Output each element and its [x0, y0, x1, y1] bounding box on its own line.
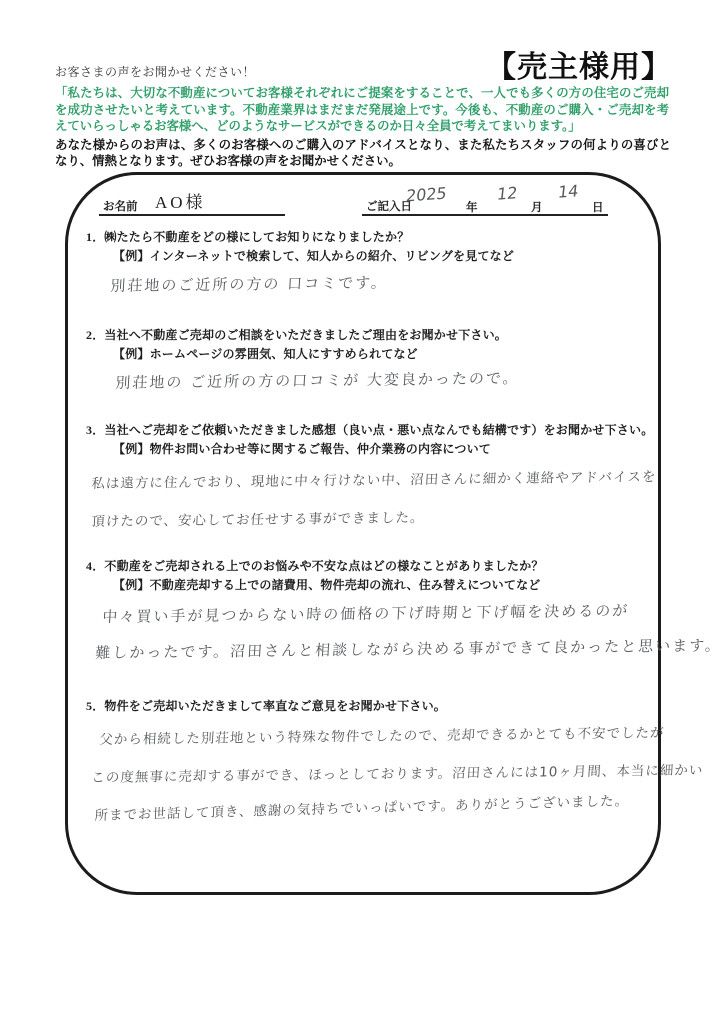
question-block-3: 3．当社へご売却をご依頼いただきました感想（良い点・悪い点なんでも結構です）をお…: [86, 421, 661, 530]
voice-request-message: あなた様からのお声は、多くのお客様へのご購入のアドバイスとなり、また私たちスタッ…: [55, 137, 671, 169]
question-example: 【例】インターネットで検索して、知人からの紹介、リビングを見てなど: [86, 247, 661, 266]
question-block-5: 5．物件をご売却いただきまして率直なご意見をお聞かせ下さい。 父から相続した別荘…: [86, 697, 661, 824]
question-text: 5．物件をご売却いただきまして率直なご意見をお聞かせ下さい。: [86, 697, 661, 716]
handwritten-answer-line: 所までお世話して頂き、感謝の気持ちでいっぱいです。ありがとうございました。: [94, 788, 661, 824]
question-block-1: 1．㈱たたら不動産をどの様にしてお知りになりましたか？ 【例】インターネットで検…: [86, 228, 661, 296]
name-underline: [99, 214, 285, 216]
handwritten-answer-line: 中々買い手が見つからない時の価格の下げ時期と下げ幅を決めるのが: [102, 599, 661, 627]
intro-line: お客さまの声をお聞かせください！: [55, 63, 255, 80]
handwritten-answer-line: 別荘地のご近所の方の 口コミです。: [110, 268, 661, 296]
question-block-2: 2．当社へ不動産ご売却のご相談をいただきましたご理由をお聞かせ下さい。 【例】ホ…: [86, 326, 661, 393]
name-value: AO様: [155, 188, 206, 213]
handwritten-answer-line: 別荘地の ご近所の方の口コミが 大変良かったので。: [115, 365, 661, 393]
handwritten-answer-line: 父から相続した別荘地という特殊な物件でしたので、売却できるかとても不安でしたが: [99, 721, 661, 748]
question-text: 1．㈱たたら不動産をどの様にしてお知りになりましたか？: [86, 228, 661, 247]
date-month-unit: 月: [531, 199, 543, 215]
handwritten-answer-line: この度無事に売却する事ができ、ほっとしております。沼田さんには10ヶ月間、本当に…: [91, 759, 661, 786]
question-block-4: 4．不動産をご売却される上でのお悩みや不安な点はどの様なことがありましたか？ 【…: [86, 557, 661, 663]
question-text: 3．当社へご売却をご依頼いただきました感想（良い点・悪い点なんでも結構です）をお…: [86, 421, 661, 440]
question-text: 4．不動産をご売却される上でのお悩みや不安な点はどの様なことがありましたか？: [86, 557, 661, 576]
name-label: お名前: [103, 198, 138, 214]
company-message: 「私たちは、大切な不動産についてお客様それぞれにご提案をすることで、一人でも多く…: [55, 85, 669, 135]
date-day-handwritten: 14: [557, 181, 579, 202]
document-type-title: 【売主様用】: [486, 42, 672, 86]
question-example: 【例】物件お問い合わせ等に関するご報告、仲介業務の内容について: [86, 440, 661, 459]
date-year-unit: 年: [466, 199, 478, 215]
question-text: 2．当社へ不動産ご売却のご相談をいただきましたご理由をお聞かせ下さい。: [86, 326, 661, 345]
scanned-feedback-form-page: お客さまの声をお聞かせください！ 【売主様用】 「私たちは、大切な不動産について…: [0, 0, 724, 1024]
handwritten-answer-line: 私は遠方に住んでおり、現地に中々行けない中、沼田さんに細かく連絡やアドバイスを: [91, 465, 661, 492]
date-day-unit: 日: [592, 199, 604, 215]
question-example: 【例】ホームページの雰囲気、知人にすすめられてなど: [86, 345, 661, 364]
handwritten-answer-line: 頂けたので、安心してお任せする事ができました。: [91, 503, 661, 530]
question-example: 【例】不動産売却する上での諸費用、物件売却の流れ、住み替えについてなど: [86, 576, 661, 595]
date-year-handwritten: 2025: [405, 183, 448, 205]
date-month-handwritten: 12: [496, 183, 518, 204]
date-underline: [362, 214, 608, 216]
handwritten-answer-line: 難しかったです。沼田さんと相談しながら決める事ができて良かったと思います。: [95, 635, 661, 663]
